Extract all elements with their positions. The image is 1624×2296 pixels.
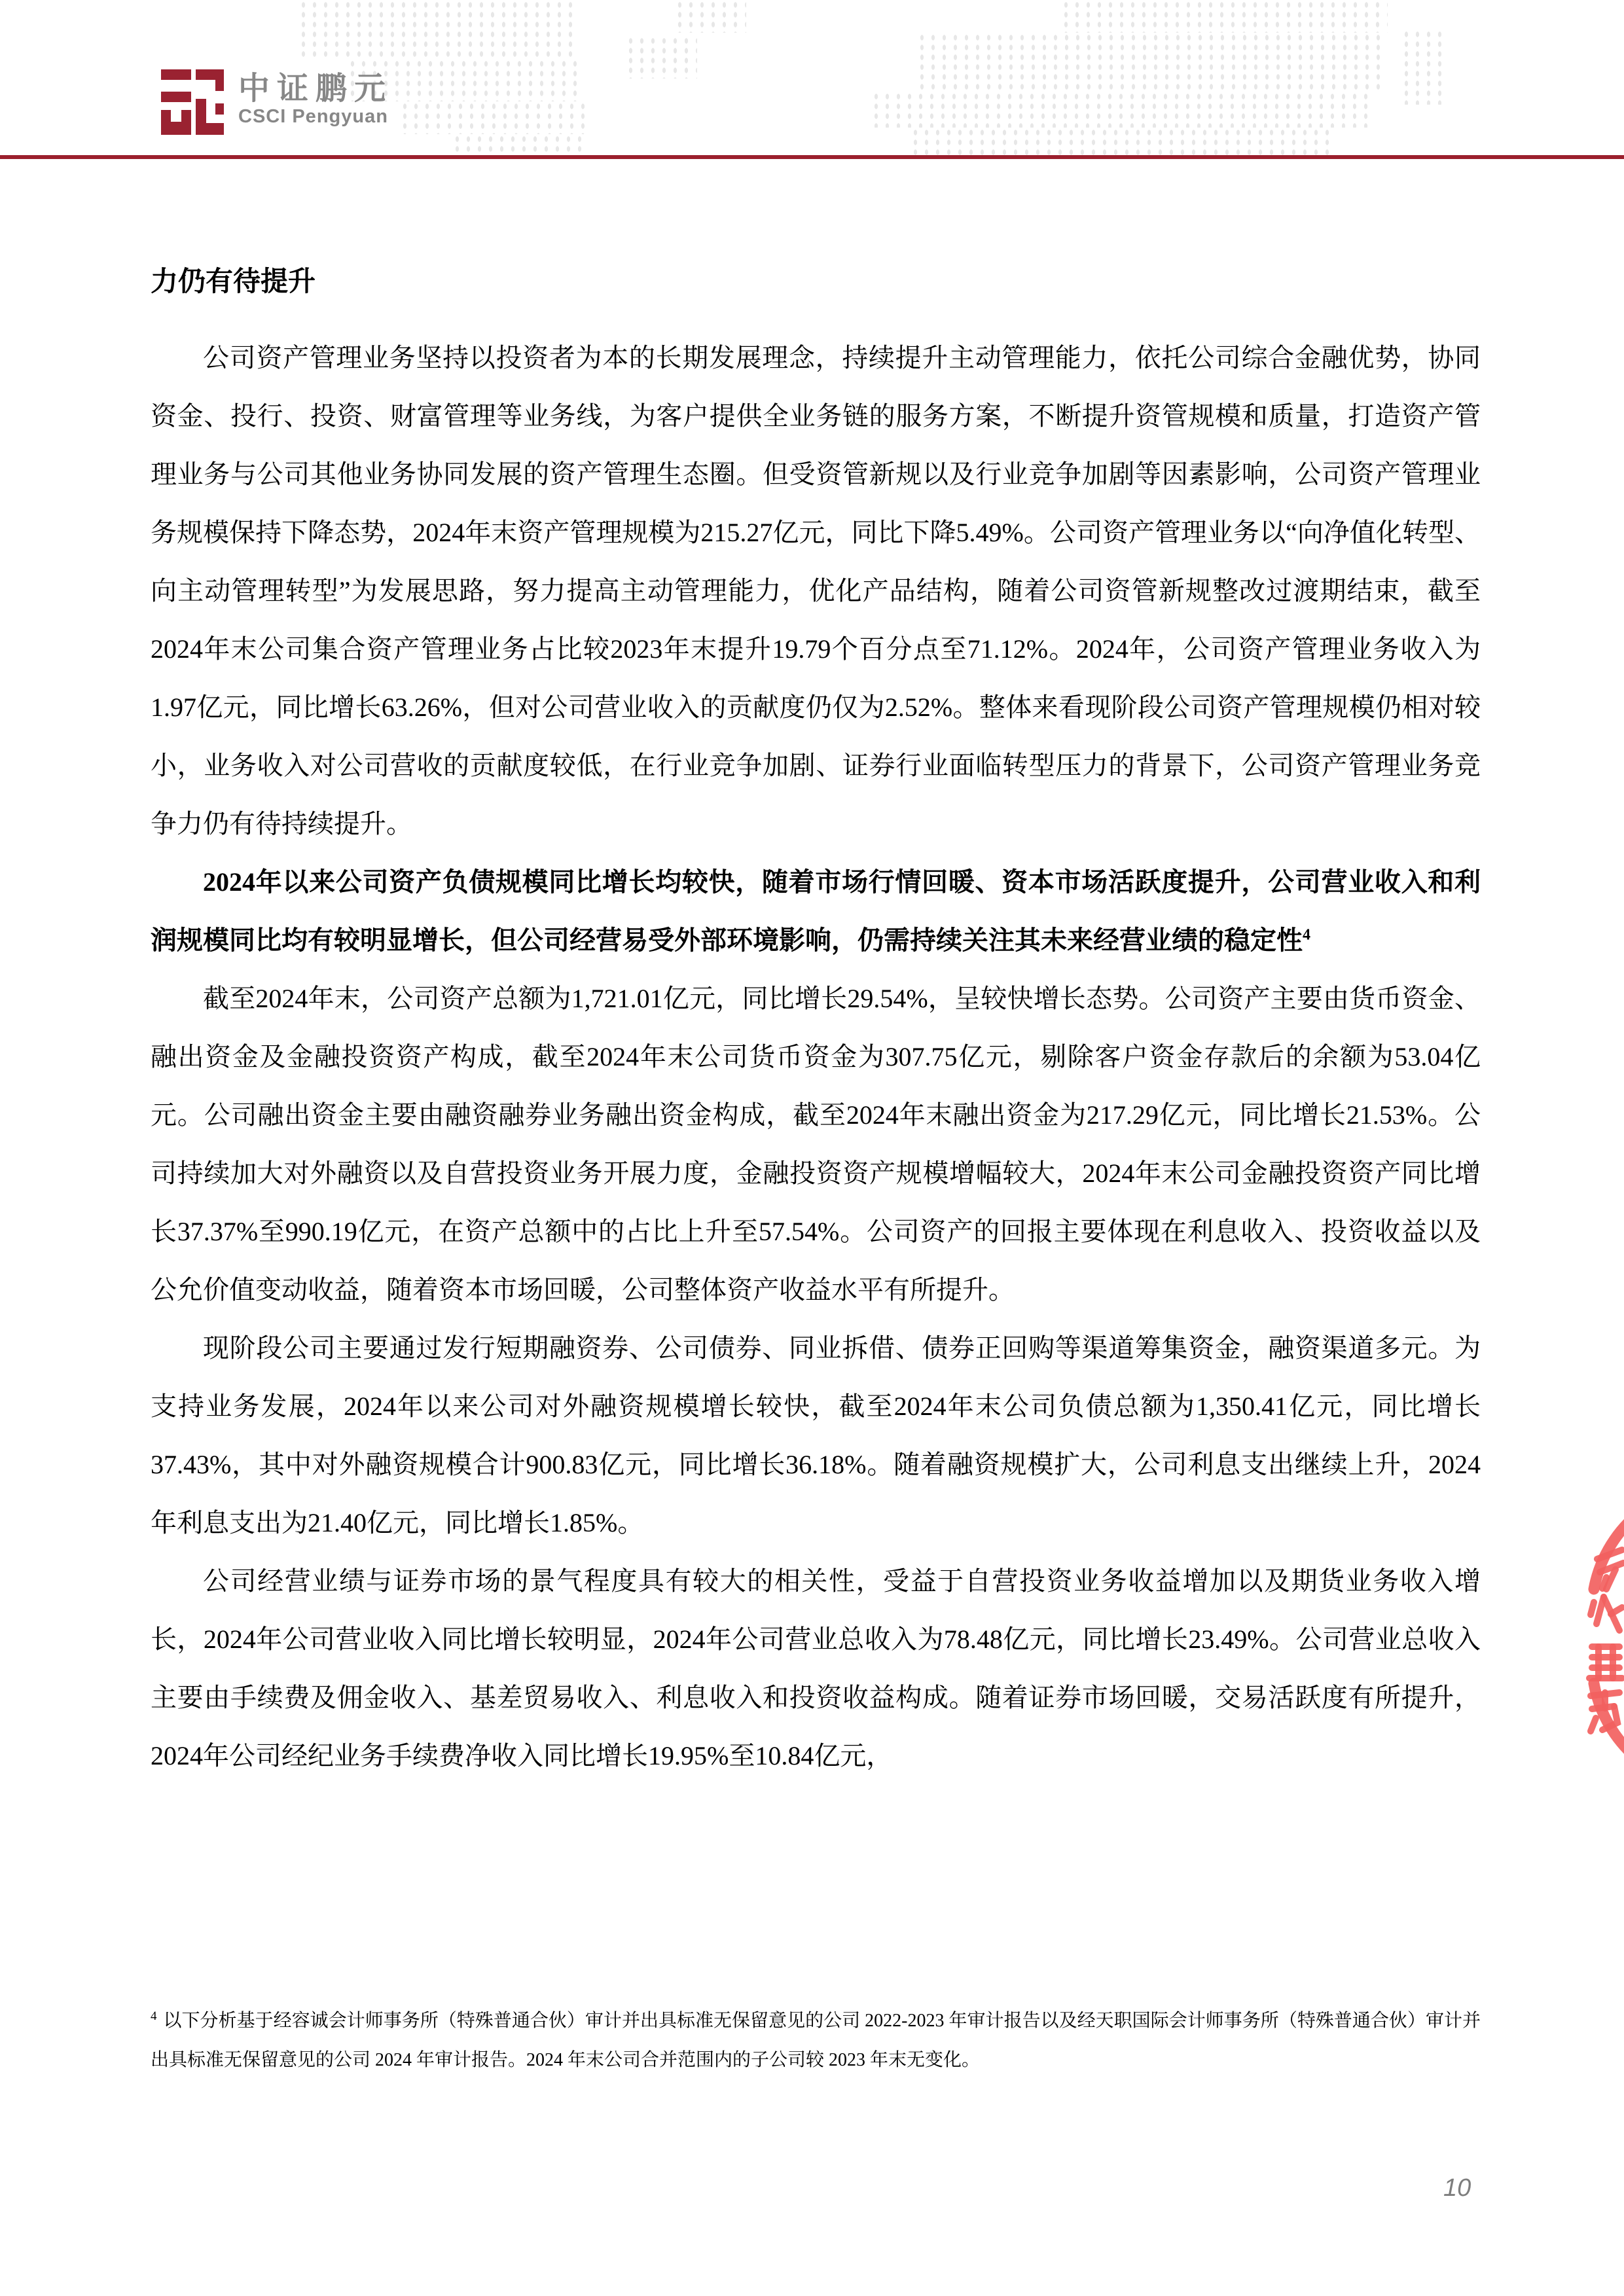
footnote-text: 以下分析基于经容诚会计师事务所（特殊普通合伙）审计并出具标准无保留意见的公司 2… (151, 2011, 1481, 2070)
footnote-marker: 4 (151, 2009, 157, 2023)
paragraph-financing: 现阶段公司主要通过发行短期融资券、公司债券、同业拆借、债券正回购等渠道筹集资金，… (151, 1319, 1481, 1552)
paragraph-total-assets: 截至2024年末，公司资产总额为1,721.01亿元，同比增长29.54%，呈较… (151, 969, 1481, 1319)
paragraph-text: 2024年以来公司资产负债规模同比增长均较快，随着市场行情回暖、资本市场活跃度提… (151, 867, 1481, 955)
paragraph-asset-management: 公司资产管理业务坚持以投资者为本的长期发展理念，持续提升主动管理能力，依托公司综… (151, 329, 1481, 853)
world-map-dots (452, 134, 583, 157)
world-map-dots (871, 92, 1375, 128)
report-page: 中证鹏元 CSCI Pengyuan 力仍有待提升 公司资产管理业务坚持以投资者… (0, 0, 1624, 2296)
world-map-dots (399, 101, 589, 134)
footnote-ref-4: 4 (1303, 927, 1310, 944)
paragraph-operating-results: 公司经营业绩与证券市场的景气程度具有较大的相关性，受益于自营投资业务收益增加以及… (151, 1552, 1481, 1785)
logo-mark-icon (161, 69, 225, 135)
header-rule (0, 155, 1624, 159)
section-heading: 力仍有待提升 (151, 259, 1481, 305)
csci-pengyuan-logo: 中证鹏元 CSCI Pengyuan (161, 69, 393, 135)
logo-english-name: CSCI Pengyuan (238, 106, 393, 127)
world-map-dots (674, 0, 746, 33)
world-map-dots (916, 33, 1388, 92)
red-seal-stamp (1576, 1492, 1624, 1780)
world-map-dots (625, 36, 697, 79)
paragraph-bold-summary: 2024年以来公司资产负债规模同比增长均较快，随着市场行情回暖、资本市场活跃度提… (151, 853, 1481, 969)
logo-chinese-name: 中证鹏元 (238, 72, 393, 106)
document-body: 力仍有待提升 公司资产管理业务坚持以投资者为本的长期发展理念，持续提升主动管理能… (151, 259, 1481, 1785)
world-map-dots (1060, 0, 1388, 33)
footnote: 4以下分析基于经容诚会计师事务所（特殊普通合伙）审计并出具标准无保留意见的公司 … (151, 2001, 1481, 2080)
world-map-dots (298, 0, 573, 59)
page-number: 10 (1443, 2174, 1471, 2202)
world-map-dots (1401, 29, 1447, 105)
world-map-dots (910, 128, 1335, 157)
logo-text: 中证鹏元 CSCI Pengyuan (238, 69, 393, 127)
